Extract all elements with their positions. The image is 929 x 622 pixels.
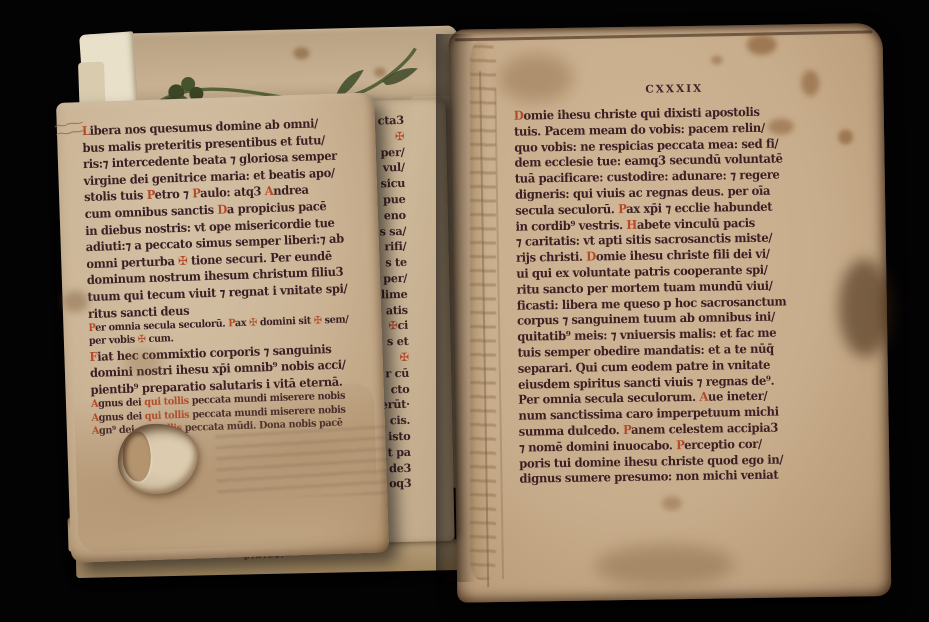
torn-edge-curl (122, 431, 152, 482)
gutter-crease (479, 71, 489, 587)
stain (801, 70, 819, 96)
damp-stain (838, 259, 892, 358)
text-line: dignus sumere presumo: non michi veniat (519, 468, 789, 488)
stain (62, 290, 89, 313)
right-page: CXXXIX Domie ihesu christe qui dixisti a… (448, 23, 891, 603)
right-page-text: Domie ihesu christe qui dixisti apostoli… (514, 105, 790, 488)
ink-showthrough (215, 420, 389, 500)
left-page: Libera nos quesumus domine ab omni/bus m… (56, 92, 389, 562)
stain (499, 54, 574, 103)
stain (662, 496, 682, 510)
stain (711, 55, 723, 64)
stain (768, 118, 794, 134)
manuscript-photo: pintes: CXXXIX Domie ihesu christe qui d… (0, 0, 929, 622)
gutter-crease (494, 89, 504, 579)
folio-number: CXXXIX (645, 83, 703, 96)
stain (838, 129, 853, 144)
page-top-edge (455, 30, 873, 41)
stain (595, 543, 736, 587)
stain (747, 35, 777, 55)
